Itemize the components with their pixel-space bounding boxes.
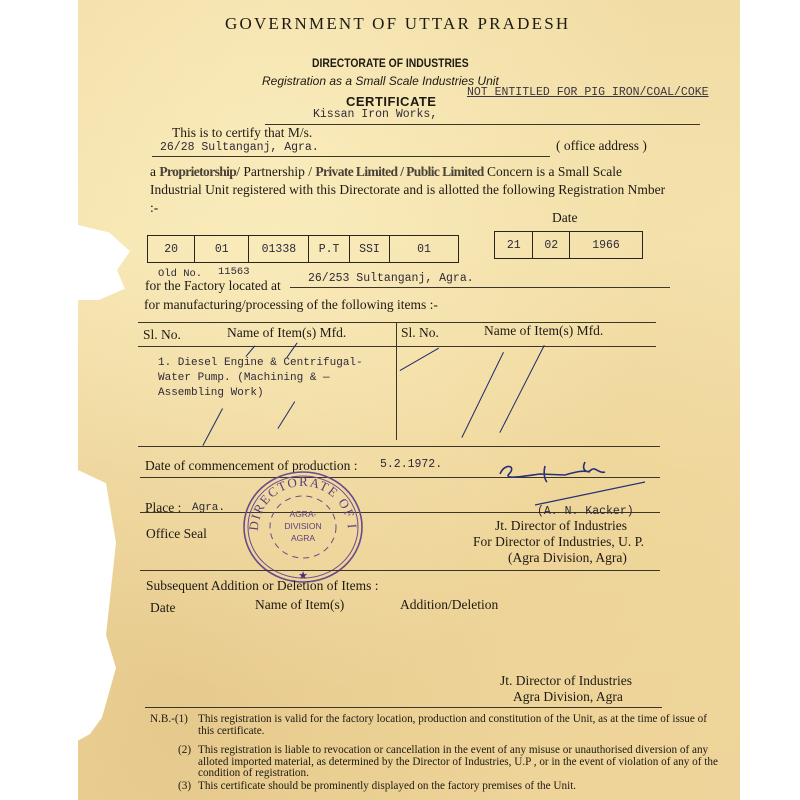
government-title: GOVERNMENT OF UTTAR PRADESH [225,14,570,34]
address-line [152,156,550,157]
note-2-number: (2) [178,745,191,757]
svg-text:DIVISION: DIVISION [284,521,321,531]
office-address-label: ( office address ) [556,138,647,154]
place-label: Place : [145,500,181,516]
reg-part: P.T [309,236,349,262]
manufacturing-label: for manufacturing/processing of the foll… [144,297,438,313]
note-3-number: (3) [178,781,191,793]
bottom-signatory-title-2: Agra Division, Agra [513,689,623,705]
certify-text: This is to certify that M/s. [172,125,312,141]
factory-line [290,287,670,288]
svg-text:AGRA-: AGRA- [290,509,317,519]
reg-part: 20 [148,236,195,262]
office-address-value: 26/28 Sultanganj, Agra. [160,141,319,154]
header-divider [138,346,656,347]
registration-number-box: 20 01 01338 P.T SSI 01 [147,235,459,263]
note-1: This registration is valid for the facto… [198,714,718,737]
notes-label: N.B.-(1) [150,714,188,726]
partnership-text: / Partnership / [236,164,312,179]
note-2: This registration is liable to revocatio… [198,745,718,780]
old-number-value: 11563 [218,266,250,278]
registration-subtitle: Registration as a Small Scale Industries… [262,74,499,88]
certificate-heading: CERTIFICATE [346,94,436,109]
date-month: 02 [533,232,570,258]
svg-text:AGRA: AGRA [291,533,315,543]
entitlement-stamp: NOT ENTITLED FOR PIG IRON/COAL/COKE [467,86,709,99]
reg-part: SSI [350,236,390,262]
commencement-date: 5.2.1972. [380,458,442,471]
signatory-title-3: (Agra Division, Agra) [508,550,627,566]
struck-proprietorship: Proprietorship [159,164,236,179]
signatory-title-2: For Director of Industries, U. P. [473,534,644,550]
reg-part: 01 [195,236,249,262]
directorate-title: DIRECTORATE OF INDUSTRIES [312,58,469,70]
struck-limited: Private Limited / Public Limited [315,164,483,179]
reg-part: 01 [390,236,458,262]
col-header-item: Name of Item(s) Mfd. [227,325,346,341]
date-day: 21 [495,232,533,258]
table-bottom-line [138,446,660,447]
date-label: Date [552,210,577,226]
prefix-text: a [150,164,156,179]
col-header-item-2: Name of Item(s) Mfd. [484,323,603,339]
col-header-slno-2: Sl. No. [401,325,439,341]
column-divider [396,322,397,440]
subsequent-title: Subsequent Addition or Deletion of Items… [146,578,378,594]
note-3: This certificate should be prominently d… [198,781,576,793]
item-entry: 1. Diesel Engine & Centrifugal- Water Pu… [158,356,363,401]
notes-top-line [145,707,662,708]
reg-part: 01338 [249,236,309,262]
col-date: Date [150,600,175,616]
date-year: 1966 [570,232,642,258]
firm-name-line [265,124,700,125]
col-addition-deletion: Addition/Deletion [400,597,498,613]
col-item-name: Name of Item(s) [255,597,344,613]
bottom-signatory-title-1: Jt. Director of Industries [500,673,632,689]
factory-label: for the Factory located at [145,278,281,294]
factory-address: 26/253 Sultanganj, Agra. [308,272,474,285]
signatory-name: (A. N. Kacker) [537,505,634,518]
constitution-paragraph: a Proprietorship/ Partnership / Private … [150,163,670,217]
registration-date-box: 21 02 1966 [494,231,643,259]
signatory-title-1: Jt. Director of Industries [495,518,627,534]
office-seal-label: Office Seal [146,526,207,542]
col-header-slno: Sl. No. [143,327,181,343]
signatory-line [140,570,660,571]
firm-name: Kissan Iron Works, [313,108,437,121]
